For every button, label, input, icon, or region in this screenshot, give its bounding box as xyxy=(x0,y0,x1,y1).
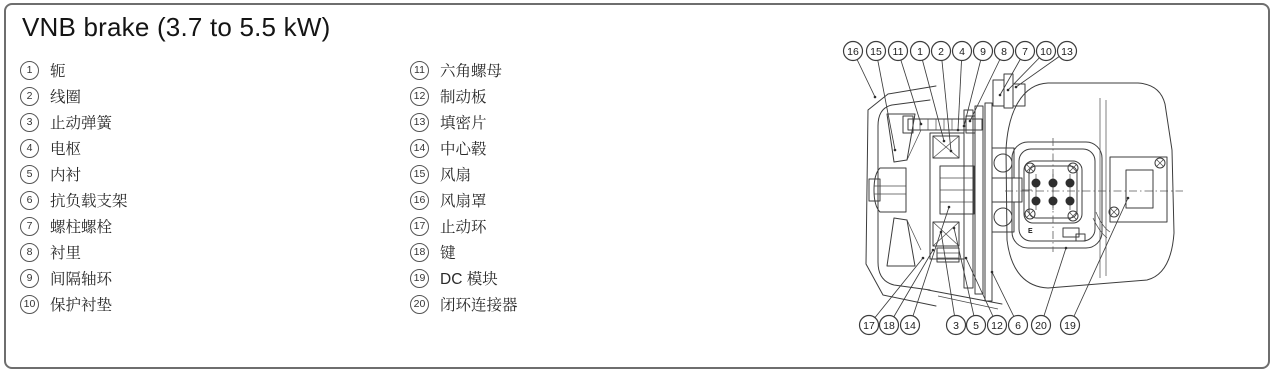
callout-8: 8 xyxy=(995,42,1014,61)
callout-number: 6 xyxy=(1015,320,1021,332)
callout-number: 20 xyxy=(1035,320,1047,332)
callout-number: 7 xyxy=(1022,46,1028,58)
callout-13: 13 xyxy=(1058,42,1077,61)
screw-icon xyxy=(1025,163,1035,173)
callout-leader-lines xyxy=(853,51,1129,325)
callout-14: 14 xyxy=(901,316,920,335)
callout-19: 19 xyxy=(1061,316,1080,335)
terminal-pins xyxy=(1032,174,1075,210)
terminal-pin xyxy=(1066,192,1075,210)
callout-20: 20 xyxy=(1032,316,1051,335)
callout-number: 17 xyxy=(863,320,875,332)
terminal-pin xyxy=(1032,174,1041,192)
callout-number: 10 xyxy=(1040,46,1052,58)
callout-number: 9 xyxy=(980,46,986,58)
callout-number: 5 xyxy=(973,320,979,332)
callout-number: 8 xyxy=(1001,46,1007,58)
callout-number: 2 xyxy=(938,46,944,58)
screw-icon xyxy=(1025,209,1035,219)
callout-18: 18 xyxy=(880,316,899,335)
terminal-pin xyxy=(1049,174,1058,192)
callout-number: 11 xyxy=(893,46,904,58)
terminal-ground-label: E xyxy=(1028,228,1033,235)
callout-number: 19 xyxy=(1064,320,1076,332)
screw-icon xyxy=(1068,211,1078,221)
callout-numbers: 1615111249871013171814351262019 xyxy=(844,42,1080,335)
terminal-pin xyxy=(1032,192,1041,210)
terminal-pin xyxy=(1049,192,1058,210)
terminal-pin xyxy=(1066,174,1075,192)
page: VNB brake (3.7 to 5.5 kW) 1轭2线圈3止动弹簧4电枢5… xyxy=(0,0,1278,380)
callout-number: 18 xyxy=(883,320,895,332)
brake-cross-section-diagram: E 1615111249871013171814351262019 xyxy=(0,0,1278,380)
motor-body xyxy=(993,74,1174,288)
callout-7: 7 xyxy=(1016,42,1035,61)
callout-16: 16 xyxy=(844,42,863,61)
callout-9: 9 xyxy=(974,42,993,61)
callout-3: 3 xyxy=(947,316,966,335)
callout-number: 3 xyxy=(953,320,959,332)
callout-number: 1 xyxy=(917,46,923,58)
callout-2: 2 xyxy=(932,42,951,61)
callout-number: 4 xyxy=(959,46,965,58)
callout-5: 5 xyxy=(967,316,986,335)
callout-number: 15 xyxy=(870,46,882,58)
terminal-box: E xyxy=(1005,138,1183,252)
callout-1: 1 xyxy=(911,42,930,61)
callout-17: 17 xyxy=(860,316,879,335)
callout-number: 12 xyxy=(991,320,1003,332)
screw-icon xyxy=(1155,158,1165,168)
callout-number: 14 xyxy=(904,320,916,332)
callout-12: 12 xyxy=(988,316,1007,335)
callout-number: 13 xyxy=(1061,46,1073,58)
callout-number: 16 xyxy=(847,46,859,58)
callout-10: 10 xyxy=(1037,42,1056,61)
hub-shaft xyxy=(940,148,1032,232)
callout-15: 15 xyxy=(867,42,886,61)
callout-6: 6 xyxy=(1009,316,1028,335)
screw-icon xyxy=(1068,163,1078,173)
callout-11: 11 xyxy=(889,42,908,61)
stud-bolt xyxy=(903,116,982,133)
callout-4: 4 xyxy=(953,42,972,61)
fan xyxy=(869,114,921,266)
